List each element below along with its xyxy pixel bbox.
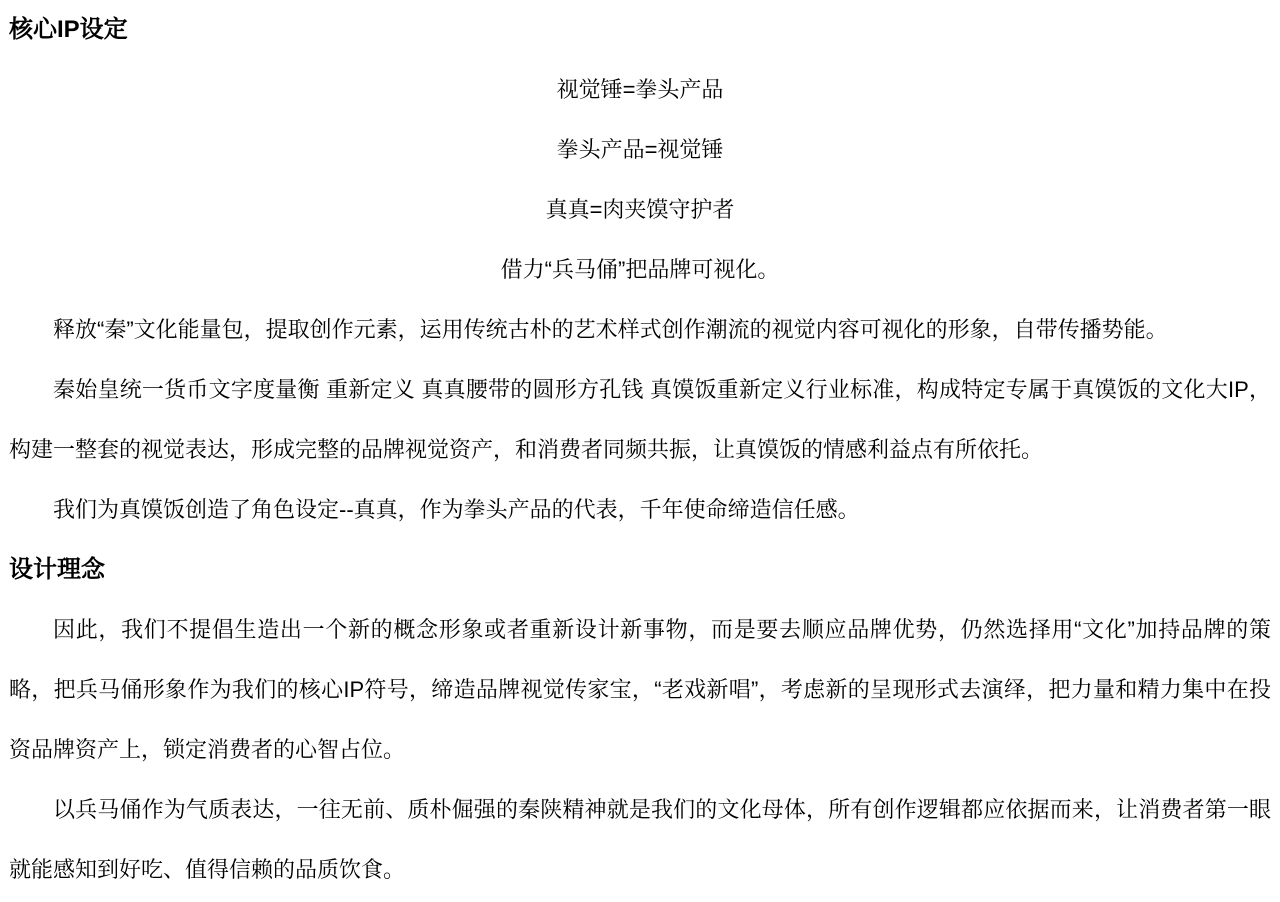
- section-heading-core-ip: 核心IP设定: [9, 0, 1271, 60]
- paragraph-core-ip-2: 秦始皇统一货币文字度量衡 重新定义 真真腰带的圆形方孔钱 真馍饭重新定义行业标准…: [9, 360, 1271, 480]
- centered-statement-1: 视觉锤=拳头产品: [9, 60, 1271, 120]
- paragraph-core-ip-3: 我们为真馍饭创造了角色设定--真真，作为拳头产品的代表，千年使命缔造信任感。: [9, 480, 1271, 540]
- centered-statement-2: 拳头产品=视觉锤: [9, 120, 1271, 180]
- paragraph-design-concept-1: 因此，我们不提倡生造出一个新的概念形象或者重新设计新事物，而是要去顺应品牌优势，…: [9, 600, 1271, 780]
- paragraph-core-ip-1: 释放“秦”文化能量包，提取创作元素，运用传统古朴的艺术样式创作潮流的视觉内容可视…: [9, 300, 1271, 360]
- centered-statement-4: 借力“兵马俑”把品牌可视化。: [9, 240, 1271, 300]
- document-page: 核心IP设定 视觉锤=拳头产品 拳头产品=视觉锤 真真=肉夹馍守护者 借力“兵马…: [0, 0, 1280, 900]
- centered-statement-3: 真真=肉夹馍守护者: [9, 180, 1271, 240]
- section-heading-design-concept: 设计理念: [9, 540, 1271, 600]
- paragraph-design-concept-2: 以兵马俑作为气质表达，一往无前、质朴倔强的秦陕精神就是我们的文化母体，所有创作逻…: [9, 780, 1271, 900]
